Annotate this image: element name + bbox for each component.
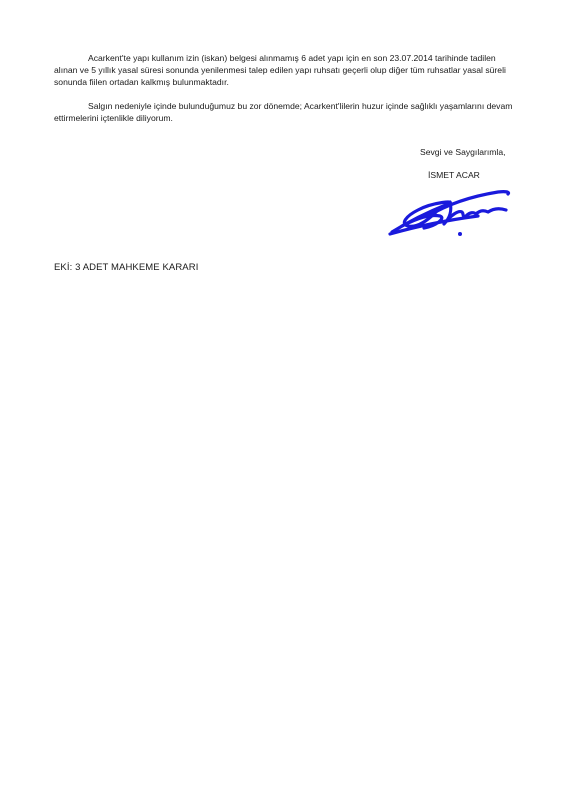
paragraph-permits-text: Acarkent'te yapı kullanım izin (iskan) b… [54,53,506,87]
attachment-note: EKİ: 3 ADET MAHKEME KARARI [54,262,198,273]
document-page: Acarkent'te yapı kullanım izin (iskan) b… [0,0,566,800]
paragraph-wishes-text: Salgın nedeniyle içinde bulunduğumuz bu … [54,101,512,123]
signer-name: İSMET ACAR [428,170,480,180]
paragraph-wishes: Salgın nedeniyle içinde bulunduğumuz bu … [54,101,514,125]
paragraph-permits: Acarkent'te yapı kullanım izin (iskan) b… [54,53,514,88]
signature-icon [388,182,518,242]
closing-salutation: Sevgi ve Saygılarımla, [420,147,506,157]
